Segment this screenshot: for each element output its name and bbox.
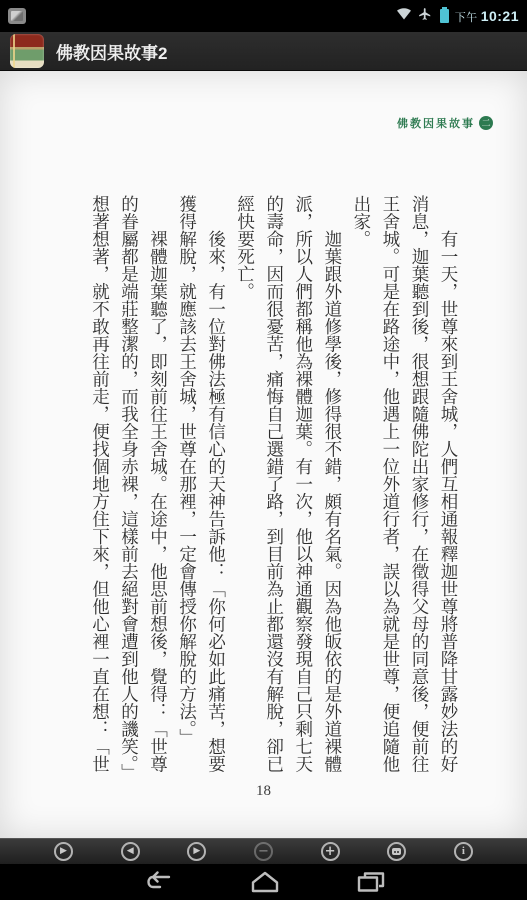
back-button[interactable]	[143, 871, 173, 893]
book-page[interactable]: 佛教因果故事 二 有一天，世尊來到王舍城，人們互相通報釋迦世尊將普降甘露妙法的好…	[0, 71, 527, 838]
info-button[interactable]: i	[454, 842, 473, 861]
zoom-out-button[interactable]: −	[254, 842, 273, 861]
plus-icon: +	[325, 845, 336, 858]
arrow-right-icon: ▶	[193, 847, 200, 856]
paragraph: 有一天，世尊來到王舍城，人們互相通報釋迦世尊將普降甘露妙法的好消息，迦葉聽到後，…	[347, 195, 463, 773]
page-header-volume-badge: 二	[479, 116, 493, 130]
screenshot-notification-icon	[8, 8, 26, 24]
status-clock-time: 10:21	[481, 8, 519, 24]
home-icon	[251, 871, 279, 893]
tablet-screen: 下午10:21 佛教因果故事2 佛教因果故事 二 有一天，世尊來到王舍城，人們互…	[0, 0, 527, 900]
back-icon	[143, 871, 173, 893]
previous-page-button[interactable]: ◀	[121, 842, 140, 861]
arrow-left-icon: ◀	[127, 847, 134, 856]
page-header-title: 佛教因果故事	[397, 115, 475, 131]
app-title: 佛教因果故事2	[56, 39, 167, 64]
pages-button[interactable]	[387, 842, 406, 861]
page-body-text: 有一天，世尊來到王舍城，人們互相通報釋迦世尊將普降甘露妙法的好消息，迦葉聽到後，…	[85, 195, 463, 773]
pages-icon	[392, 848, 401, 855]
airplane-mode-icon	[418, 7, 432, 26]
home-button[interactable]	[251, 871, 279, 893]
page-number: 18	[0, 783, 527, 800]
status-clock-ampm: 下午	[455, 12, 478, 24]
minus-icon: −	[258, 845, 269, 858]
play-button[interactable]: ▶	[54, 842, 73, 861]
status-clock: 下午10:21	[455, 8, 519, 25]
status-bar[interactable]: 下午10:21	[0, 0, 527, 32]
battery-icon	[440, 9, 449, 23]
paragraph: 後來，有一位對佛法極有信心的天神告訴他：「你何必如此痛苦，想要獲得解脫，就應該去…	[173, 195, 231, 773]
recent-apps-button[interactable]	[357, 871, 385, 893]
android-nav-bar	[0, 864, 527, 900]
paragraph: 迦葉跟外道修學後，修得很不錯，頗有名氣。因為他皈依的是外道裸體派，所以人們都稱他…	[231, 195, 347, 773]
paragraph: 裸體迦葉聽了，即刻前往王舍城。在途中，他思前想後，覺得：「世尊的眷屬都是端莊整潔…	[85, 195, 172, 773]
page-running-header: 佛教因果故事 二	[397, 115, 493, 131]
app-book-cover-icon[interactable]	[10, 34, 44, 68]
info-icon: i	[462, 846, 465, 857]
zoom-in-button[interactable]: +	[321, 842, 340, 861]
play-icon: ▶	[60, 847, 67, 856]
reader-toolbar: ▶ ◀ ▶ − + i	[0, 838, 527, 864]
wifi-icon	[396, 7, 412, 25]
next-page-button[interactable]: ▶	[187, 842, 206, 861]
recent-apps-icon	[357, 871, 385, 893]
app-bar: 佛教因果故事2	[0, 32, 527, 71]
